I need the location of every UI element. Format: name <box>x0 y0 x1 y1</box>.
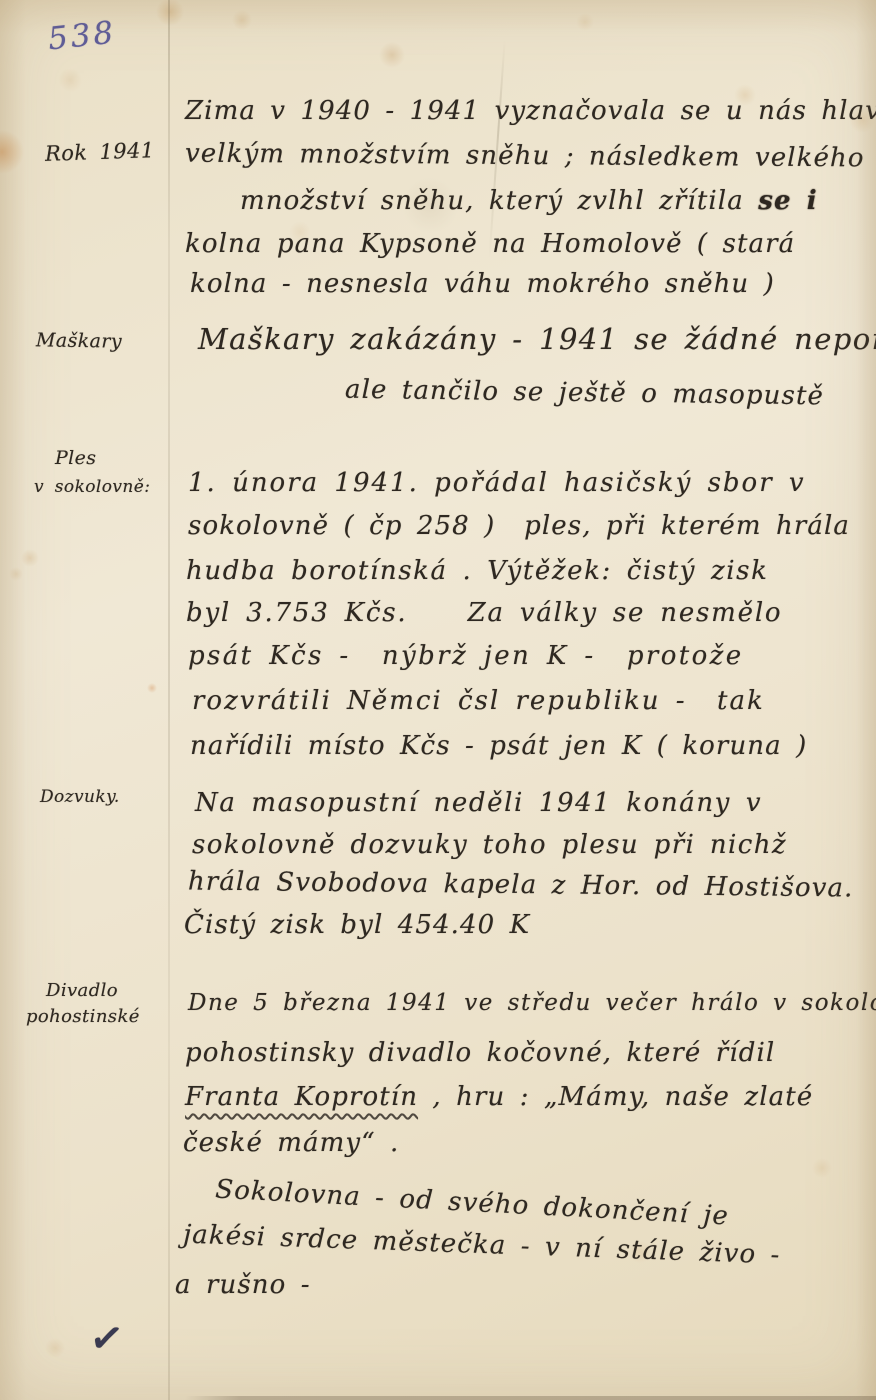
text-line-sokolovna-3: a rušno - <box>175 1270 311 1300</box>
margin-label-divadlo: Divadlo <box>46 980 118 1001</box>
page-number: 538 <box>46 15 118 58</box>
text-line-divadlo-2: pohostinsky divadlo kočovné, které řídil <box>185 1038 775 1068</box>
margin-label-pohostinske: pohostinské <box>26 1006 140 1027</box>
text-line-zima-2: velkým množstvím sněhu ; následkem velké… <box>185 139 865 174</box>
text-line-zima-5: kolna - nesnesla váhu mokrého sněhu ) <box>190 269 775 299</box>
text-line-maskary-2: ale tančilo se ještě o masopustě <box>345 375 824 412</box>
margin-label-ples: Ples <box>55 447 96 469</box>
paper-crease-vertical <box>168 0 170 1400</box>
margin-label-maskary: Maškary <box>36 329 122 352</box>
text-line-maskary-1: Maškary zakázány - 1941 se žádné nepořád… <box>198 322 876 356</box>
text-line-ples-6: rozvrátili Němci čsl republiku - tak <box>192 686 765 716</box>
margin-label-rok-1941: Rok 1941 <box>45 138 155 166</box>
text-line-divadlo-4: české mámy“ . <box>183 1128 399 1158</box>
text-line-divadlo-1: Dne 5 března 1941 ve středu večer hrálo … <box>188 990 876 1016</box>
text-zima-3-bold: se i <box>758 186 818 216</box>
text-line-ples-5: psát Kčs - nýbrž jen K - protože <box>188 641 744 671</box>
text-line-zima-4: kolna pana Kypsoně na Homolově ( stará <box>185 229 795 259</box>
text-divadlo-3-rest: , hru : „Mámy, naše zlaté <box>418 1082 813 1112</box>
text-line-dozvuky-1: Na masopustní neděli 1941 konány v <box>195 788 762 818</box>
margin-label-v-sokolovne: v sokolovně: <box>34 477 150 497</box>
chronicle-page: 538 Rok 1941 Maškary Ples v sokolovně: D… <box>0 0 876 1400</box>
text-line-divadlo-3: Franta Koprotín , hru : „Mámy, naše zlat… <box>185 1082 813 1112</box>
text-line-ples-4: byl 3.753 Kčs. Za války se nesmělo <box>186 598 782 628</box>
text-line-dozvuky-4: Čistý zisk byl 454.40 K <box>184 910 530 940</box>
text-divadlo-underlined-name: Franta Koprotín <box>185 1082 418 1112</box>
scan-edge-shadow <box>185 1396 876 1400</box>
text-line-ples-7: nařídili místo Kčs - psát jen K ( koruna… <box>190 731 807 761</box>
text-line-ples-1: 1. února 1941. pořádal hasičský sbor v <box>188 468 806 498</box>
check-mark: ✓ <box>87 1313 128 1364</box>
text-line-zima-3: množství sněhu, který zvlhl zřítila se i <box>240 186 818 216</box>
text-line-zima-1: Zima v 1940 - 1941 vyznačovala se u nás … <box>185 96 876 126</box>
margin-label-dozvuky: Dozvuky. <box>40 787 120 807</box>
text-zima-3-normal: množství sněhu, který zvlhl zřítila <box>240 186 758 216</box>
text-line-dozvuky-2: sokolovně dozvuky toho plesu při nichž <box>192 830 787 860</box>
text-line-ples-2: sokolovně ( čp 258 ) ples, při kterém hr… <box>188 511 850 541</box>
text-line-ples-3: hudba borotínská . Výtěžek: čistý zisk <box>186 556 768 586</box>
text-line-dozvuky-3: hrála Svobodova kapela z Hor. od Hostišo… <box>188 867 854 904</box>
